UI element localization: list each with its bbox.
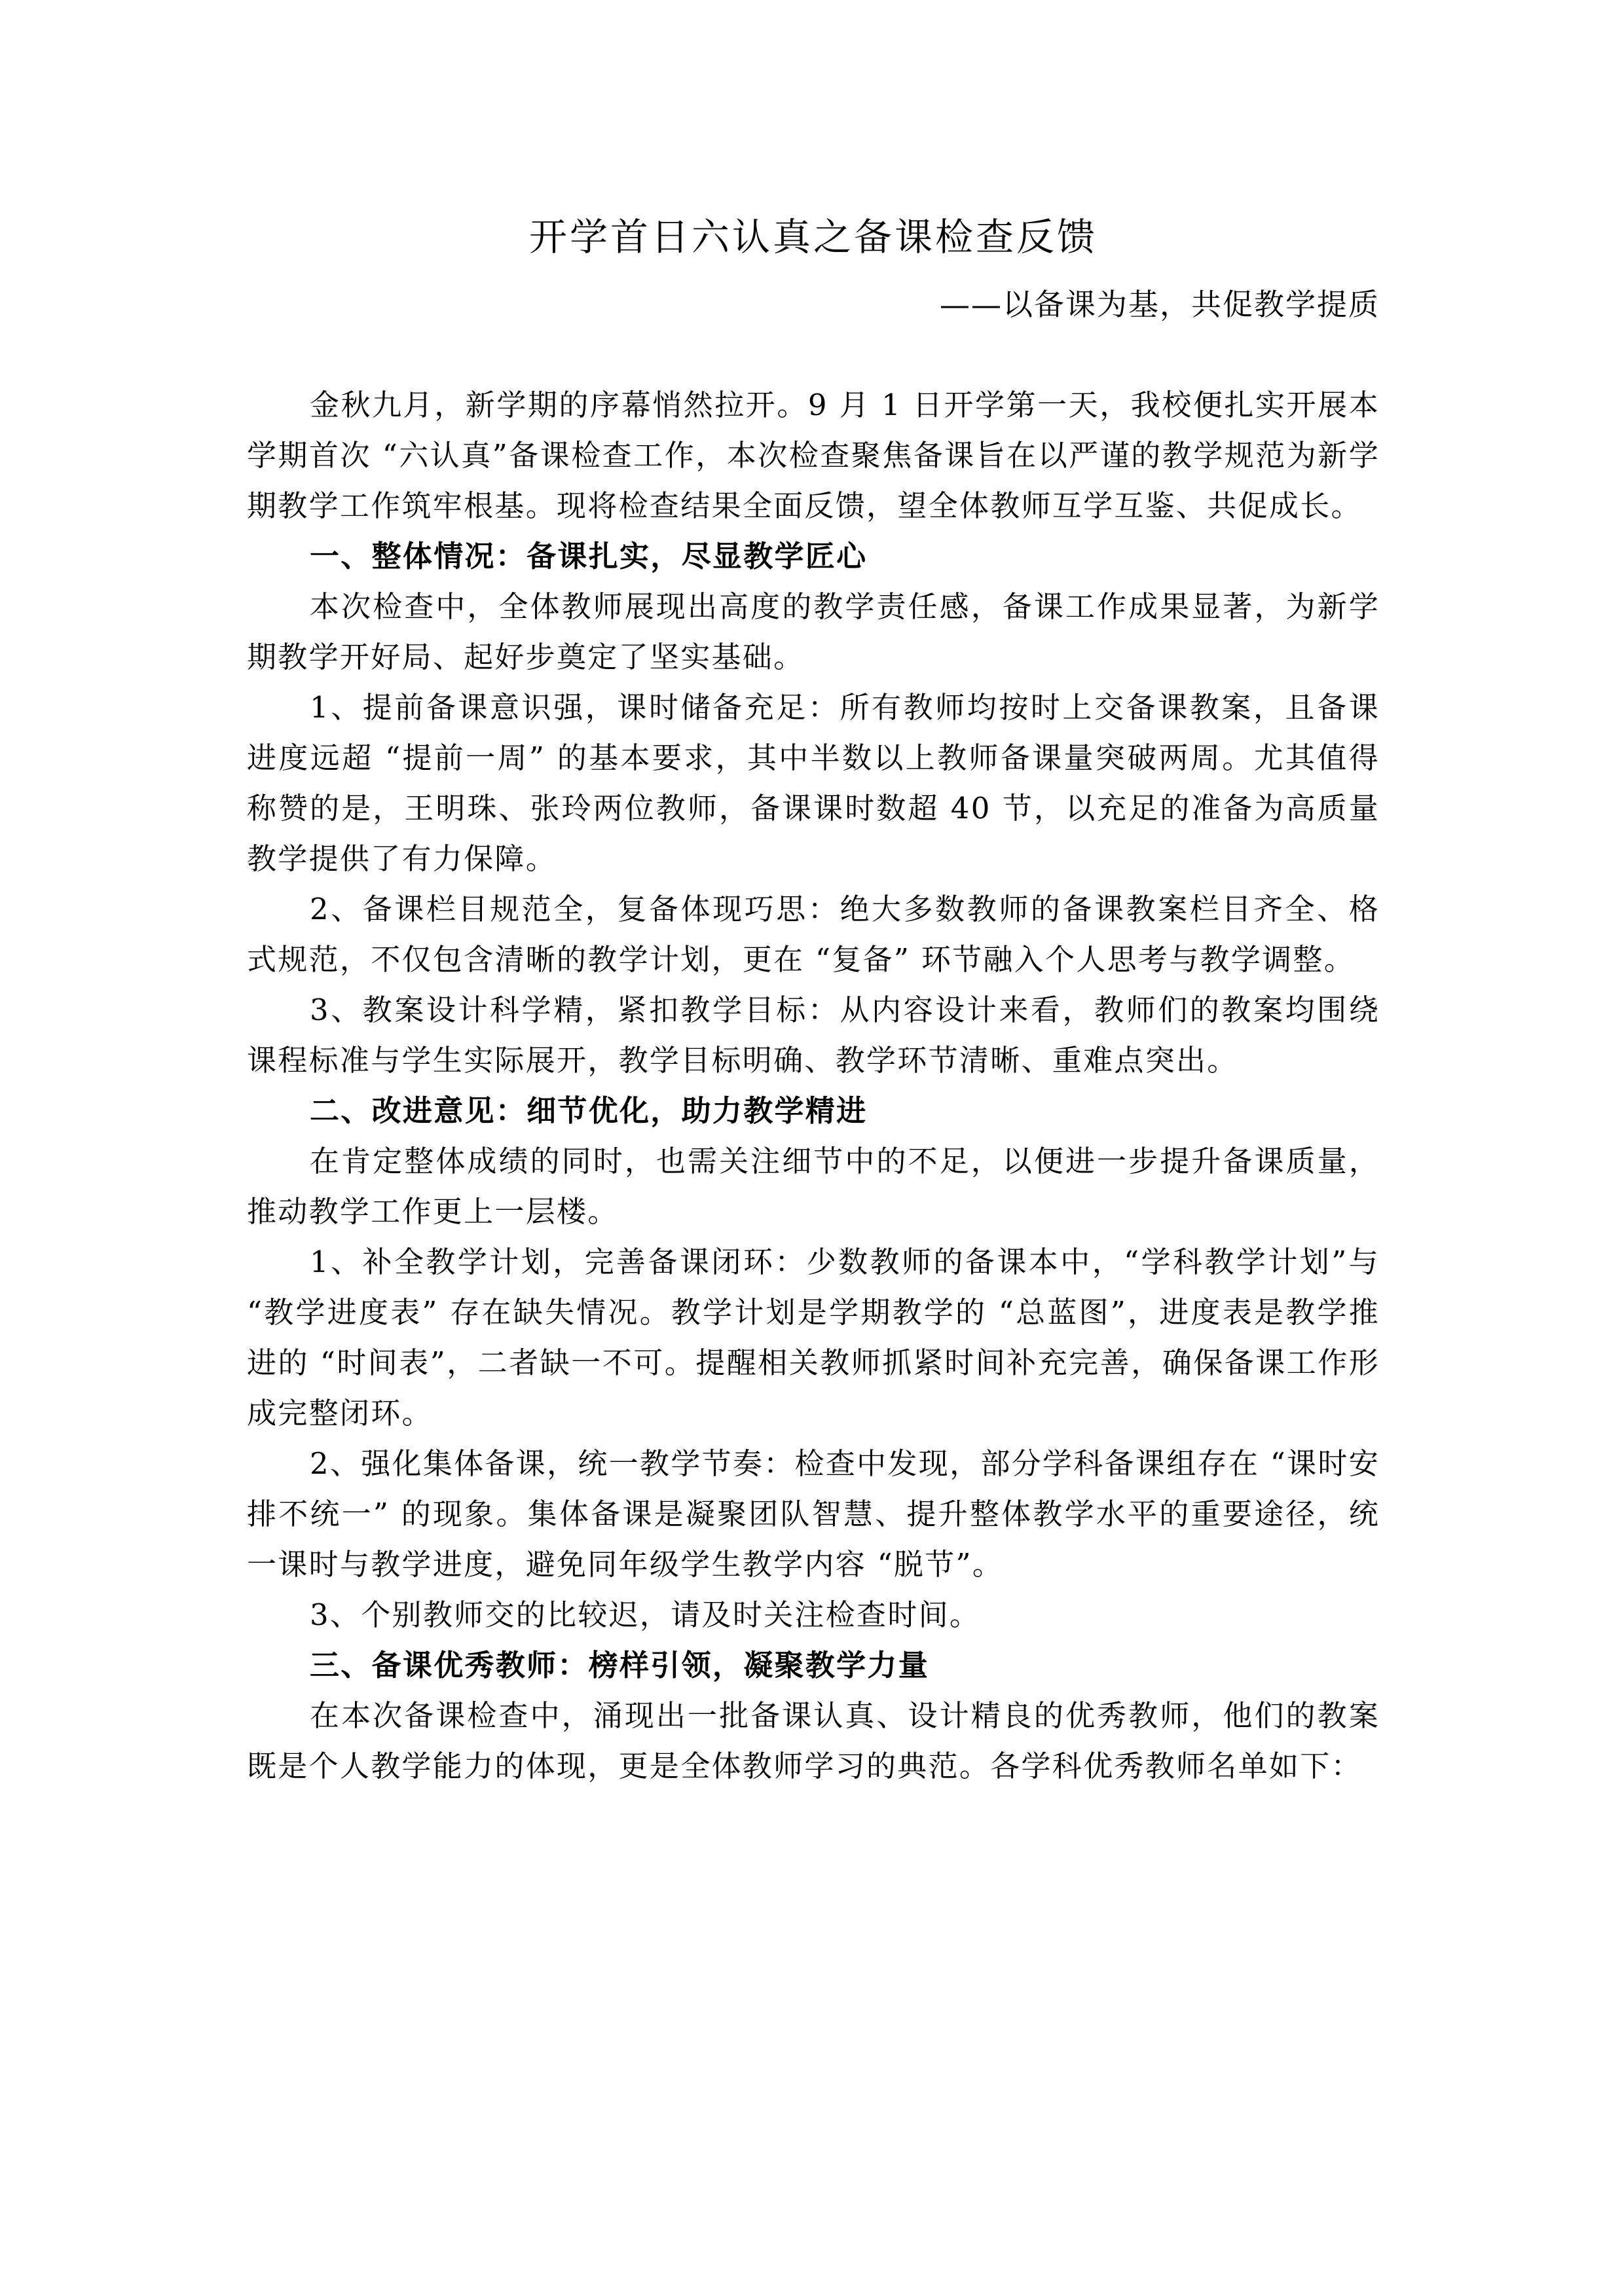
intro-paragraph: 金秋九月，新学期的序幕悄然拉开。9 月 1 日开学第一天，我校便扎实开展本学期首… xyxy=(247,380,1380,531)
document-body: 金秋九月，新学期的序幕悄然拉开。9 月 1 日开学第一天，我校便扎实开展本学期首… xyxy=(247,380,1380,1791)
section-heading-excellent-teachers: 三、备课优秀教师：榜样引领，凝聚教学力量 xyxy=(247,1640,1380,1690)
list-item: 1、补全教学计划，完善备课闭环：少数教师的备课本中，“学科教学计划”与 “教学进… xyxy=(247,1237,1380,1438)
list-item: 2、备课栏目规范全，复备体现巧思：绝大多数教师的备课教案栏目齐全、格式规范，不仅… xyxy=(247,884,1380,985)
document-title: 开学首日六认真之备课检查反馈 xyxy=(247,211,1380,263)
list-item: 3、教案设计科学精，紧扣教学目标：从内容设计来看，教师们的教案均围绕课程标准与学… xyxy=(247,985,1380,1085)
paragraph: 本次检查中，全体教师展现出高度的教学责任感，备课工作成果显著，为新学期教学开好局… xyxy=(247,581,1380,682)
paragraph: 在肯定整体成绩的同时，也需关注细节中的不足，以便进一步提升备课质量，推动教学工作… xyxy=(247,1136,1380,1237)
section-heading-overall: 一、整体情况：备课扎实，尽显教学匠心 xyxy=(247,531,1380,581)
list-item: 3、个别教师交的比较迟，请及时关注检查时间。 xyxy=(247,1590,1380,1640)
section-heading-improvements: 二、改进意见：细节优化，助力教学精进 xyxy=(247,1085,1380,1136)
list-item: 1、提前备课意识强，课时储备充足：所有教师均按时上交备课教案，且备课进度远超 “… xyxy=(247,682,1380,884)
list-item: 2、强化集体备课，统一教学节奏：检查中发现，部分学科备课组存在 “课时安排不统一… xyxy=(247,1438,1380,1590)
paragraph: 在本次备课检查中，涌现出一批备课认真、设计精良的优秀教师，他们的教案既是个人教学… xyxy=(247,1690,1380,1791)
document-subtitle: ——以备课为基，共促教学提质 xyxy=(247,282,1380,327)
